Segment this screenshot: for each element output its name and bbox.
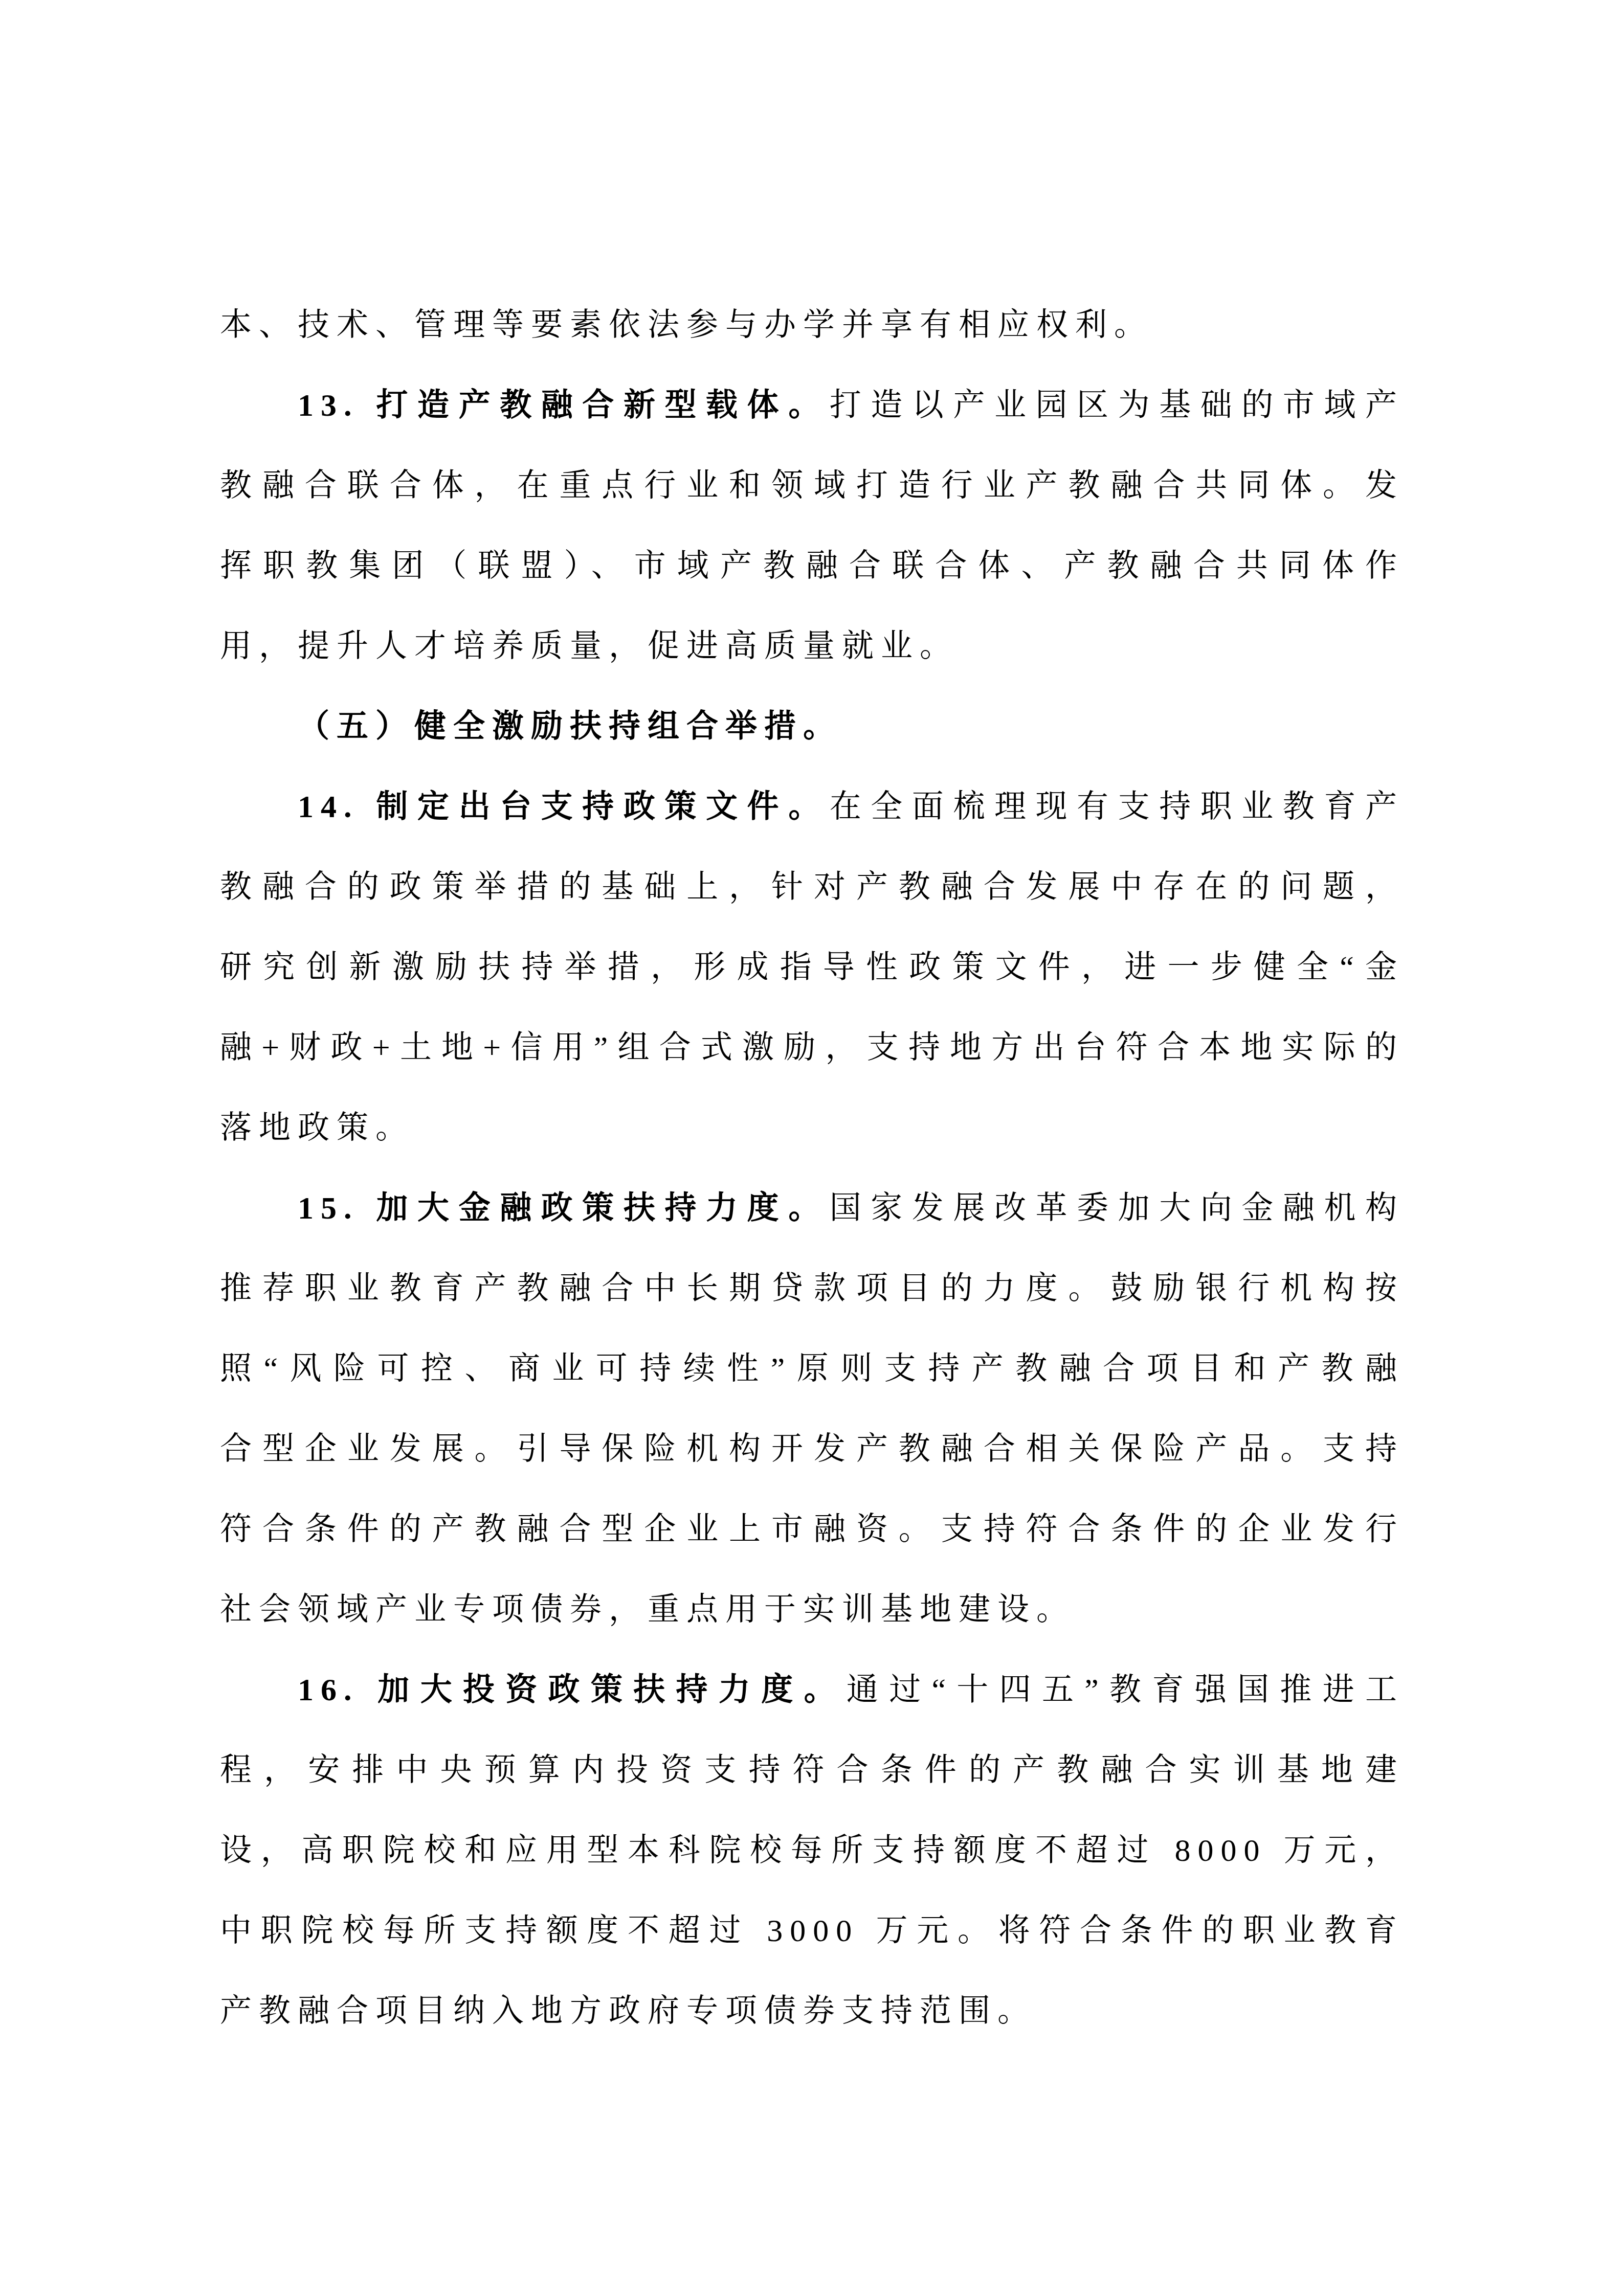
line-text: 照“风险可控、商业可持续性”原则支持产教融合项目和产教融 — [220, 1352, 1404, 1386]
line-text: 合型企业发展。引导保险机构开发产教融合相关保险产品。支持 — [220, 1432, 1404, 1467]
line-text: 融+财政+土地+信用”组合式激励，支持地方出台符合本地实际的 — [220, 1030, 1404, 1065]
line-text: 打造以产业园区为基础的市域产 — [830, 388, 1404, 423]
line-text: 挥职教集团（联盟）、市域产教融合联合体、产教融合共同体作 — [220, 549, 1404, 583]
text-line: 本、技术、管理等要素依法参与办学并享有相应权利。 — [220, 285, 1404, 366]
text-line: 程，安排中央预算内投资支持符合条件的产教融合实训基地建 — [220, 1730, 1404, 1811]
text-line: 15. 加大金融政策扶持力度。国家发展改革委加大向金融机构 — [220, 1168, 1404, 1249]
line-text: 研究创新激励扶持举措，形成指导性政策文件，进一步健全“金 — [220, 950, 1404, 985]
line-text: 中职院校每所支持额度不超过 3000 万元。将符合条件的职业教育 — [220, 1914, 1404, 1948]
line-text: 本、技术、管理等要素依法参与办学并享有相应权利。 — [220, 308, 1153, 343]
text-line: 14. 制定出台支持政策文件。在全面梳理现有支持职业教育产 — [220, 767, 1404, 847]
document-page: 本、技术、管理等要素依法参与办学并享有相应权利。13. 打造产教融合新型载体。打… — [0, 0, 1624, 2296]
bold-lead: 15. 加大金融政策扶持力度。 — [298, 1191, 830, 1226]
text-line: （五）健全激励扶持组合举措。 — [220, 687, 1404, 767]
text-line: 中职院校每所支持额度不超过 3000 万元。将符合条件的职业教育 — [220, 1891, 1404, 1971]
text-line: 设，高职院校和应用型本科院校每所支持额度不超过 8000 万元， — [220, 1811, 1404, 1891]
line-text: 落地政策。 — [220, 1111, 414, 1145]
line-text: 社会领域产业专项债券，重点用于实训基地建设。 — [220, 1592, 1075, 1627]
text-line: 合型企业发展。引导保险机构开发产教融合相关保险产品。支持 — [220, 1409, 1404, 1490]
text-line: 挥职教集团（联盟）、市域产教融合联合体、产教融合共同体作 — [220, 526, 1404, 606]
line-text: 符合条件的产教融合型企业上市融资。支持符合条件的企业发行 — [220, 1512, 1404, 1547]
line-text: 程，安排中央预算内投资支持符合条件的产教融合实训基地建 — [220, 1753, 1404, 1788]
line-text: 通过“十四五”教育强国推进工 — [847, 1673, 1404, 1707]
text-line: 社会领域产业专项债券，重点用于实训基地建设。 — [220, 1570, 1404, 1650]
bold-lead: （五）健全激励扶持组合举措。 — [298, 709, 842, 744]
line-text: 国家发展改革委加大向金融机构 — [830, 1191, 1404, 1226]
text-line: 落地政策。 — [220, 1088, 1404, 1168]
bold-lead: 16. 加大投资政策扶持力度。 — [298, 1673, 847, 1707]
text-line: 用，提升人才培养质量，促进高质量就业。 — [220, 606, 1404, 687]
text-line: 符合条件的产教融合型企业上市融资。支持符合条件的企业发行 — [220, 1490, 1404, 1570]
text-line: 教融合联合体，在重点行业和领域打造行业产教融合共同体。发 — [220, 446, 1404, 526]
text-line: 融+财政+土地+信用”组合式激励，支持地方出台符合本地实际的 — [220, 1008, 1404, 1088]
text-line: 研究创新激励扶持举措，形成指导性政策文件，进一步健全“金 — [220, 928, 1404, 1008]
line-text: 用，提升人才培养质量，促进高质量就业。 — [220, 629, 959, 664]
bold-lead: 13. 打造产教融合新型载体。 — [298, 388, 830, 423]
text-line: 照“风险可控、商业可持续性”原则支持产教融合项目和产教融 — [220, 1329, 1404, 1409]
text-line: 教融合的政策举措的基础上，针对产教融合发展中存在的问题， — [220, 847, 1404, 928]
text-line: 产教融合项目纳入地方政府专项债券支持范围。 — [220, 1971, 1404, 2052]
line-text: 产教融合项目纳入地方政府专项债券支持范围。 — [220, 1994, 1036, 2029]
line-text: 在全面梳理现有支持职业教育产 — [830, 790, 1404, 824]
line-text: 教融合的政策举措的基础上，针对产教融合发展中存在的问题， — [220, 870, 1404, 905]
text-line: 13. 打造产教融合新型载体。打造以产业园区为基础的市域产 — [220, 366, 1404, 446]
line-text: 设，高职院校和应用型本科院校每所支持额度不超过 8000 万元， — [220, 1833, 1404, 1868]
text-line: 16. 加大投资政策扶持力度。通过“十四五”教育强国推进工 — [220, 1650, 1404, 1730]
line-text: 推荐职业教育产教融合中长期贷款项目的力度。鼓励银行机构按 — [220, 1271, 1404, 1306]
line-text: 教融合联合体，在重点行业和领域打造行业产教融合共同体。发 — [220, 468, 1404, 503]
bold-lead: 14. 制定出台支持政策文件。 — [298, 790, 830, 824]
text-line: 推荐职业教育产教融合中长期贷款项目的力度。鼓励银行机构按 — [220, 1249, 1404, 1329]
